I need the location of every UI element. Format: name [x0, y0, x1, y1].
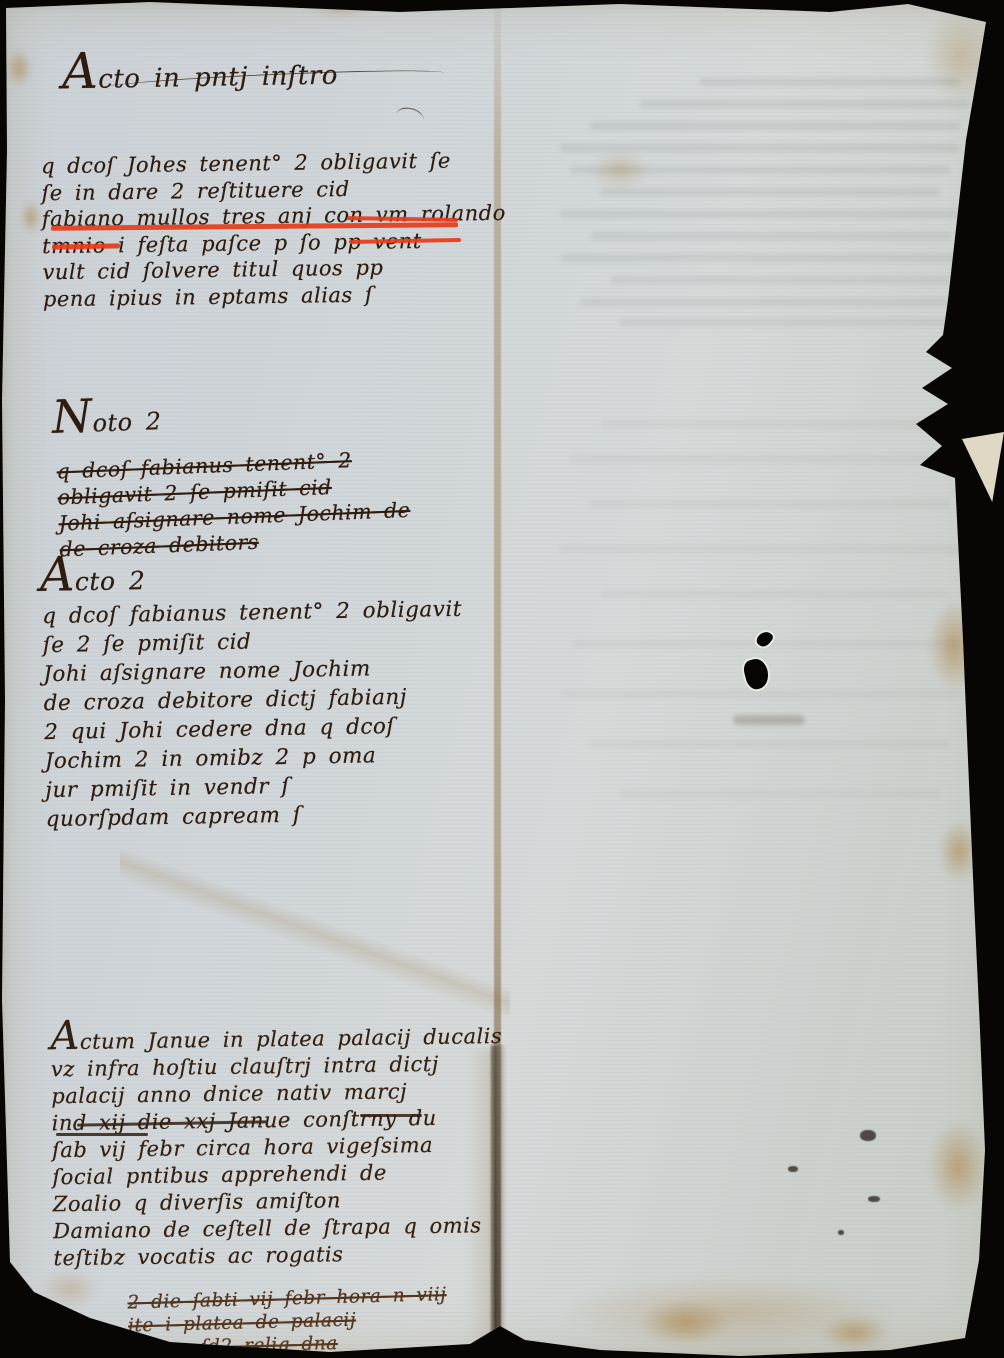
pen-underline	[360, 1114, 422, 1117]
stain	[6, 48, 32, 88]
ghost-text-row	[600, 188, 940, 196]
ghost-text-row	[560, 254, 960, 262]
ink-smudge	[733, 715, 805, 725]
ghost-text-row	[570, 166, 950, 174]
ghost-text-row	[620, 318, 950, 326]
stain	[40, 1268, 100, 1310]
stain	[925, 8, 995, 103]
ink-speck	[788, 1166, 798, 1172]
heading-acto-2: Acto 2	[40, 557, 146, 597]
worm-hole	[752, 626, 778, 652]
ghost-text-row	[590, 122, 960, 130]
stain	[938, 820, 980, 882]
paragraph-actum: Actum Janue in platea palacij ducalisvz …	[50, 1017, 523, 1273]
ghost-text-row	[560, 144, 960, 152]
ghost-text-row	[560, 210, 960, 218]
pen-underline	[56, 1133, 148, 1136]
folded-paper-corner	[962, 432, 1004, 502]
ink-speck	[860, 1130, 876, 1141]
stain	[928, 1120, 988, 1212]
manuscript-line: teſtibz vocatis ac rogatis	[53, 1239, 523, 1273]
stain	[310, 0, 370, 18]
heading-acto-in-pntj: Acto in pntj inſtro	[62, 50, 338, 96]
ghost-text-row	[610, 276, 950, 284]
ghost-text-row	[560, 545, 960, 553]
stain	[820, 1315, 890, 1350]
manuscript-photo: Acto in pntj inſtro q dcoſ Johes tenent°…	[0, 0, 1004, 1358]
stain	[640, 1300, 730, 1345]
heading-noto-2: Noto 2	[51, 398, 162, 439]
ghost-text-row	[580, 298, 960, 306]
ghost-text-row	[560, 690, 960, 698]
ghost-text-row	[600, 590, 950, 598]
struck-note-block: q dcoſ fabianus tenent° 2obligavit 2 ſe …	[56, 442, 500, 563]
ghost-text-row	[590, 232, 950, 240]
stain	[20, 200, 42, 234]
ghost-text-row	[570, 455, 960, 463]
paper-sheet: Acto in pntj inſtro q dcoſ Johes tenent°…	[0, 0, 1004, 1358]
stain	[560, 1275, 900, 1350]
ghost-text-row	[600, 420, 950, 428]
paragraph-acto-2: q dcoſ fabianus tenent° 2 obligavitſe 2 …	[42, 594, 516, 834]
ghost-text-row	[590, 740, 950, 748]
ghost-text-row	[590, 500, 950, 508]
pen-flourish	[395, 106, 425, 129]
ghost-text-row	[640, 100, 970, 108]
crease-stain	[120, 850, 510, 1015]
ghost-text-row	[620, 790, 940, 798]
ghost-text-row	[700, 78, 960, 86]
manuscript-line: Actum Janue in platea palacij ducalis	[50, 1017, 520, 1057]
worm-hole	[739, 654, 773, 694]
ink-speck	[838, 1230, 844, 1235]
struck-bottom-block: 2 die ſabti vij febr hora n viijite i pl…	[127, 1281, 549, 1358]
ink-speck	[868, 1196, 880, 1202]
